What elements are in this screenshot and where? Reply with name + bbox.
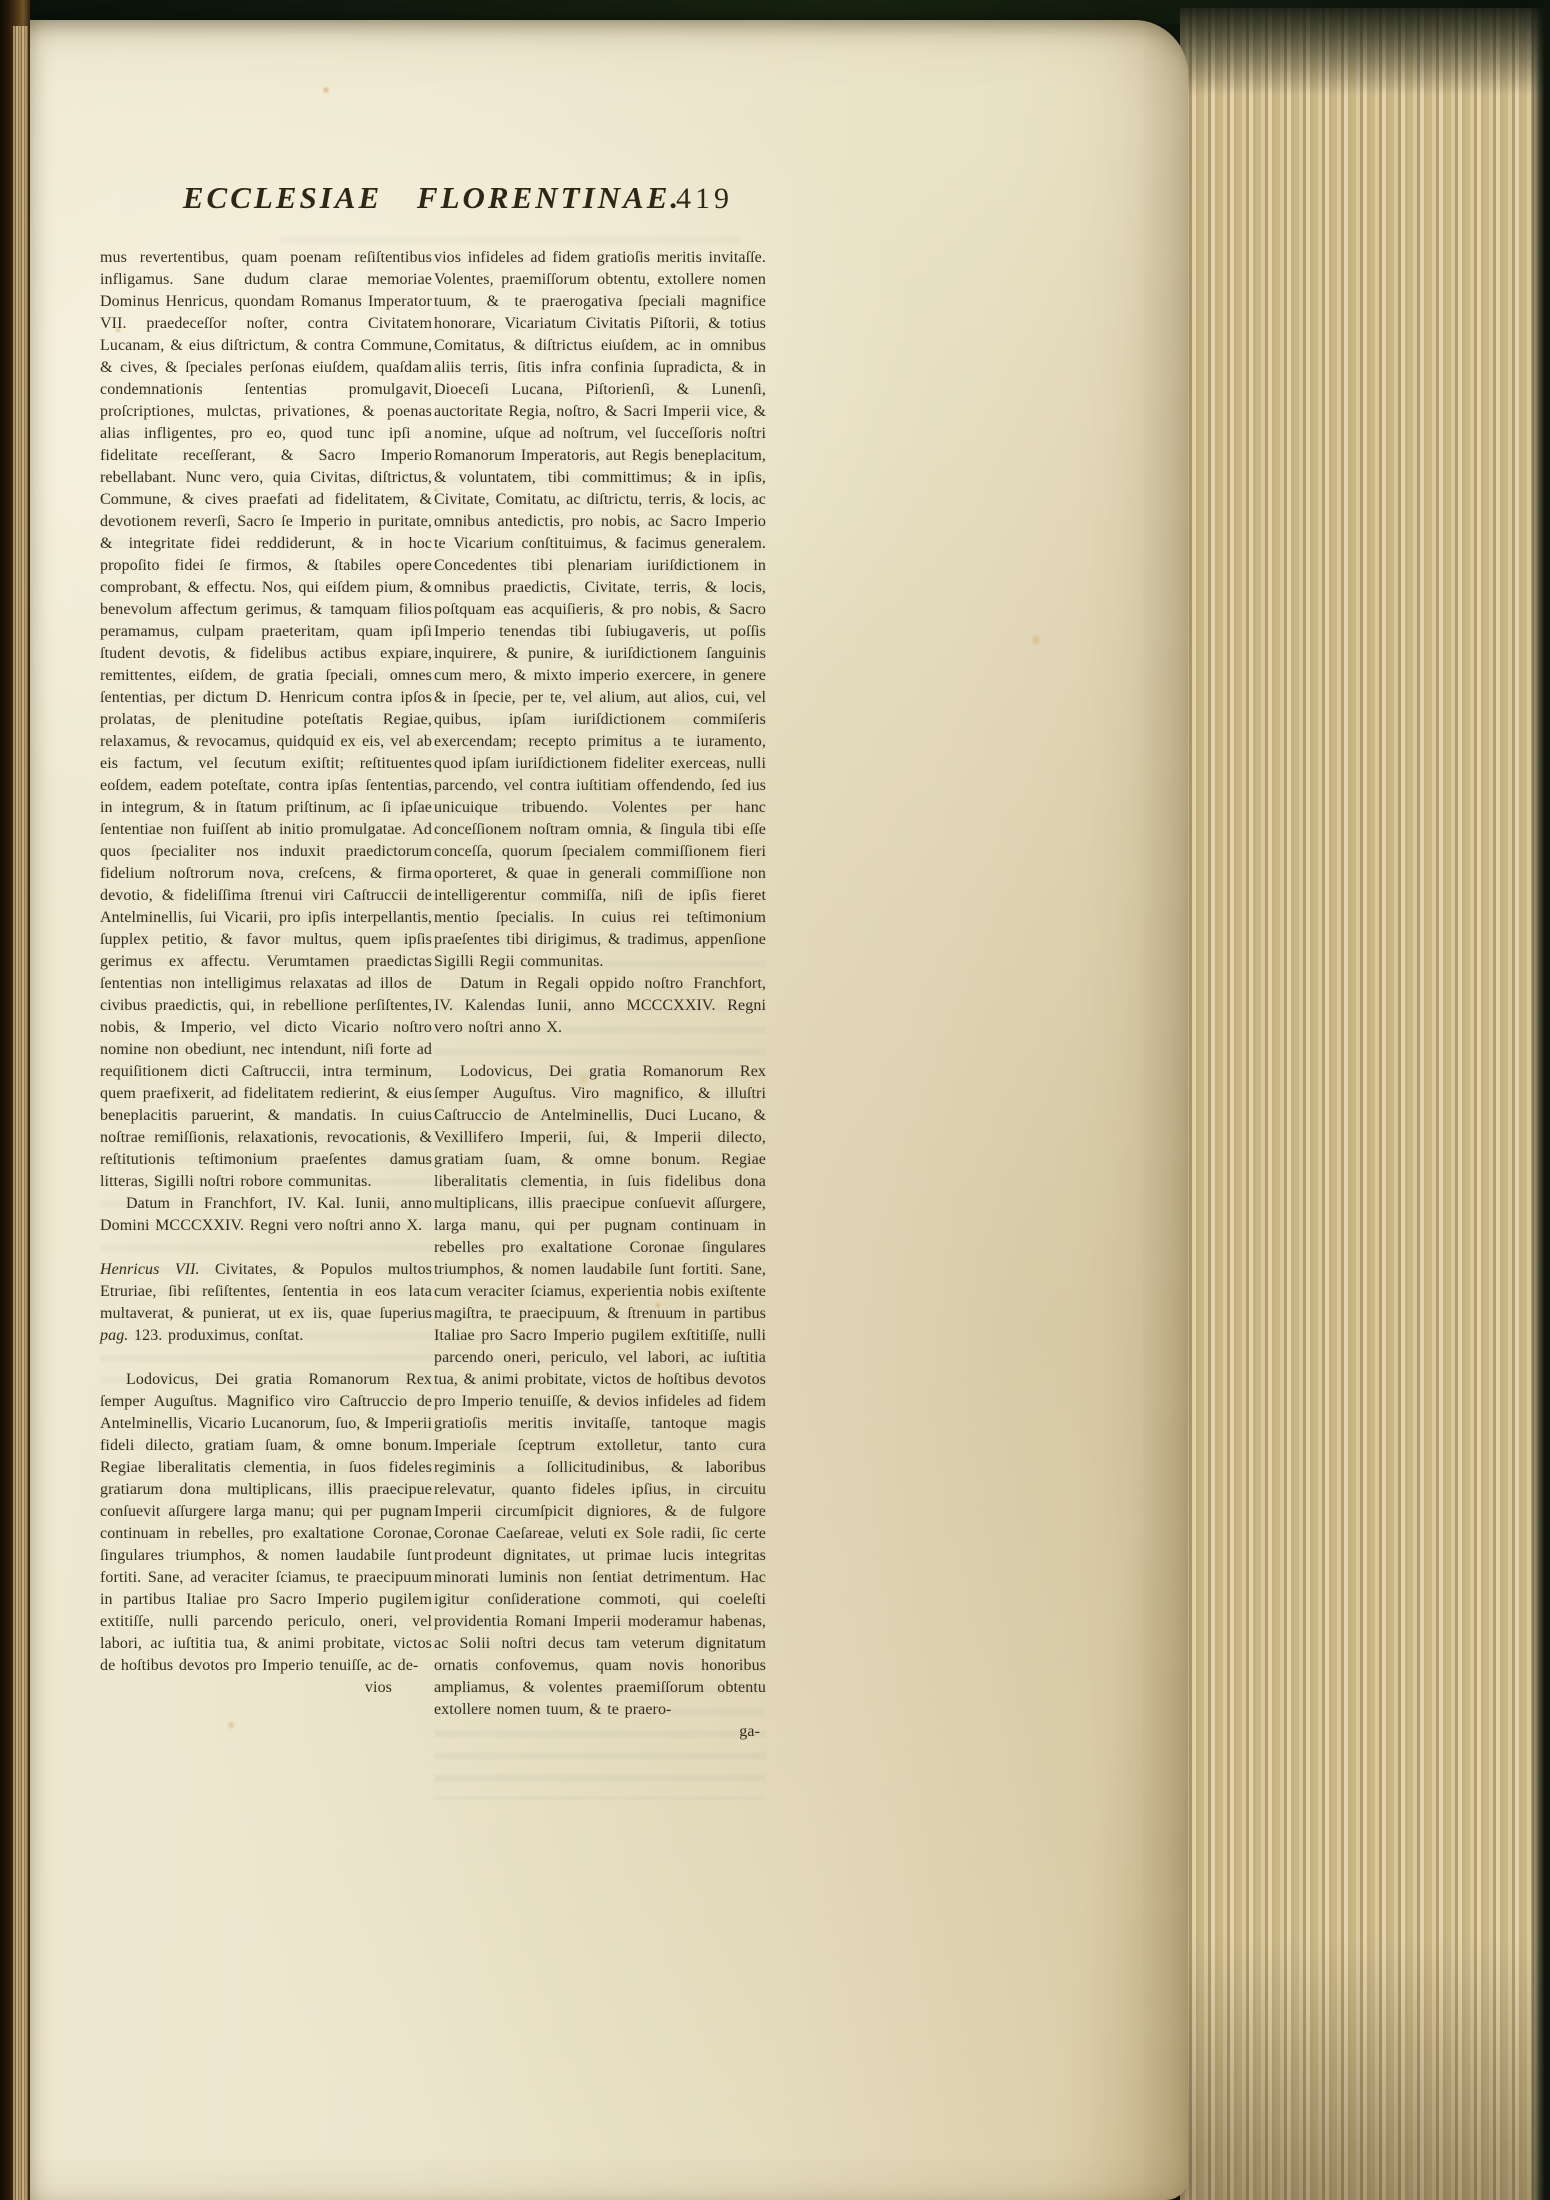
running-header: ECCLESIAE FLORENTINAE. — [100, 180, 764, 216]
binding-page-edges — [13, 26, 28, 2200]
italic-text: pag. — [100, 1327, 128, 1344]
book-scan: { "header": { "title": "ECCLESIAE FLOREN… — [0, 0, 1550, 2200]
body-text: 123. produximus, conſtat. — [128, 1327, 303, 1344]
catchword: ga- — [434, 1721, 766, 1743]
paragraph: vios infideles ad fidem gratioſis meriti… — [434, 247, 766, 973]
body-text: mus revertentibus, quam poenam reſiſtent… — [100, 249, 432, 1190]
body-text: Datum in Regali oppido noſtro Franchfort… — [434, 975, 766, 1036]
page-number: 419 — [676, 182, 766, 216]
paragraph: mus revertentibus, quam poenam reſiſtent… — [100, 247, 432, 1193]
paragraph: Lodovicus, Dei gratia Romanorum Rex ſemp… — [434, 1061, 766, 1721]
body-text: Lodovicus, Dei gratia Romanorum Rex ſemp… — [100, 1371, 432, 1674]
body-text: Datum in Franchfort, IV. Kal. Iunii, ann… — [100, 1195, 432, 1234]
italic-text: Henricus VII. — [100, 1261, 200, 1278]
paragraph: Datum in Franchfort, IV. Kal. Iunii, ann… — [100, 1193, 432, 1237]
paragraph: Lodovicus, Dei gratia Romanorum Rex ſemp… — [100, 1369, 432, 1677]
paragraph: Datum in Regali oppido noſtro Franchfort… — [434, 973, 766, 1039]
body-text: vios infideles ad fidem gratioſis meriti… — [434, 249, 766, 970]
body-text: Lodovicus, Dei gratia Romanorum Rex ſemp… — [434, 1063, 766, 1718]
text-column-right: vios infideles ad fidem gratioſis meriti… — [434, 247, 766, 1743]
text-column-left: mus revertentibus, quam poenam reſiſtent… — [100, 247, 432, 1699]
scan-background-right — [1532, 0, 1550, 2200]
fore-edge-page-stack — [1180, 8, 1550, 2200]
catchword: vios — [100, 1677, 432, 1699]
paragraph: Henricus VII. Civitates, & Populos multo… — [100, 1259, 432, 1347]
